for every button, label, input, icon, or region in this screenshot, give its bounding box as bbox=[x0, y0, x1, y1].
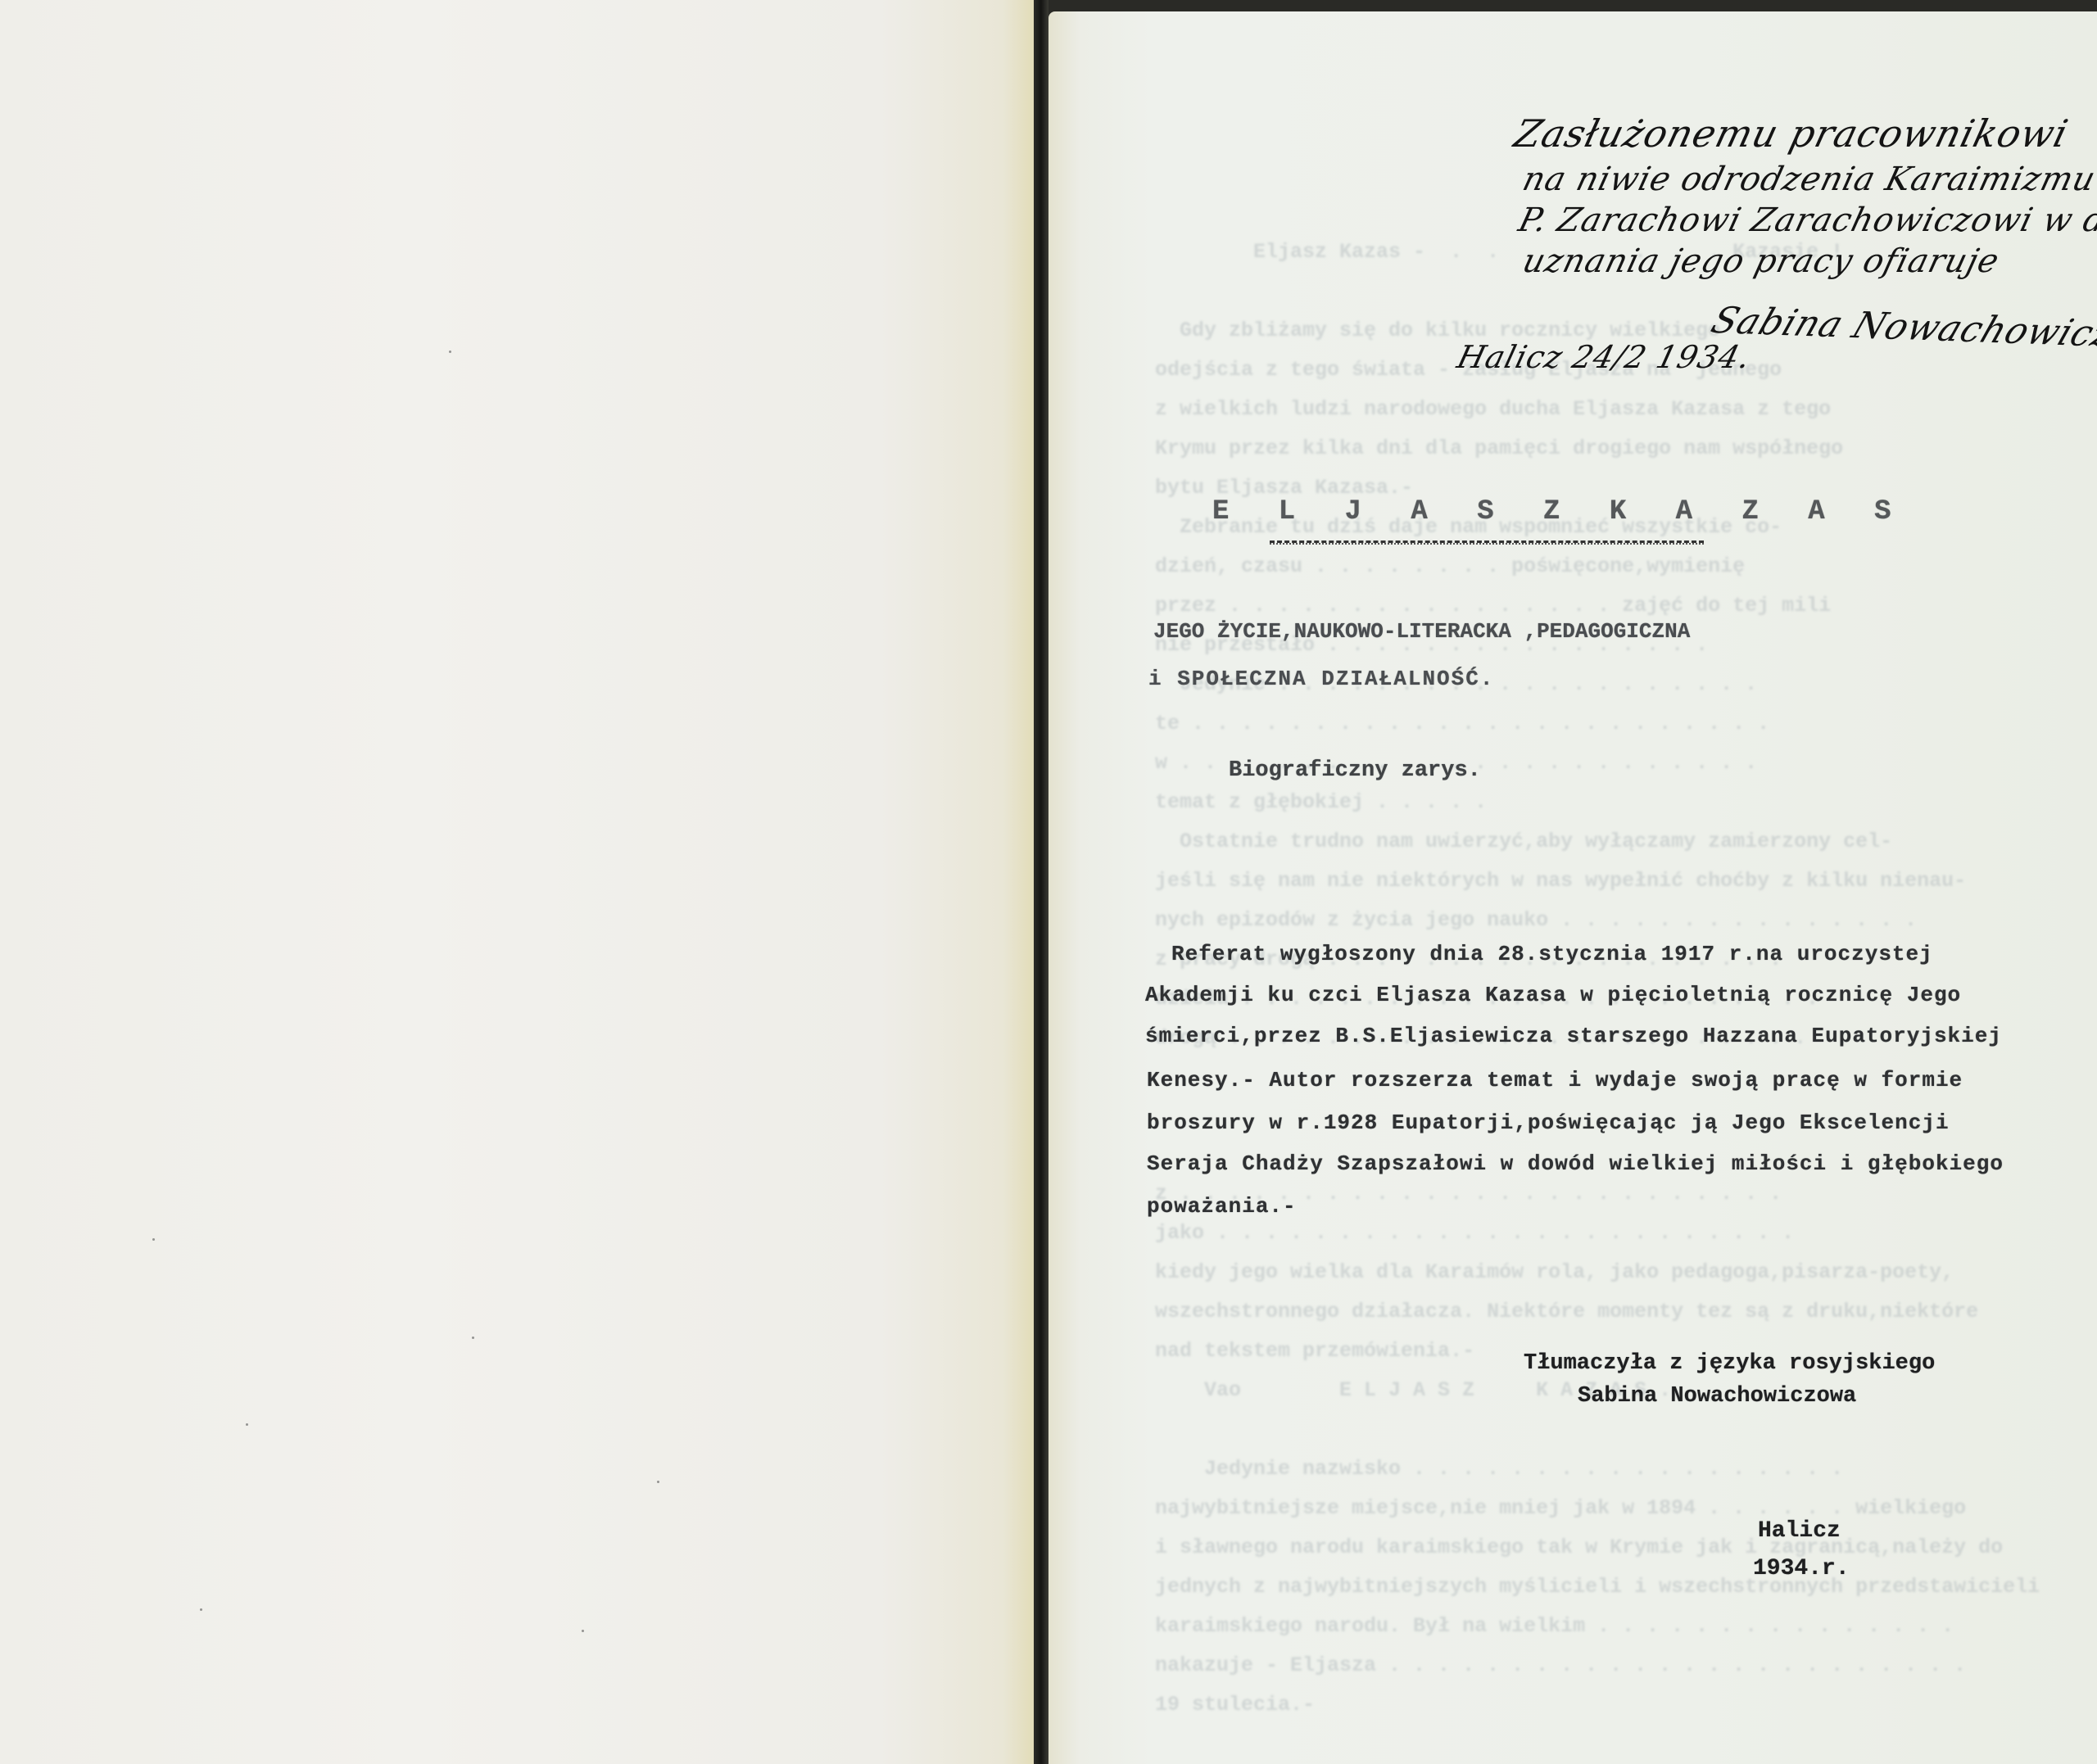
imprint-year: 1934.r. bbox=[1753, 1556, 1850, 1581]
note-line-4: Kenesy.- Autor rozszerza temat i wydaje … bbox=[1147, 1061, 1963, 1099]
paper-speck bbox=[657, 1481, 659, 1483]
title-underline bbox=[1270, 541, 1704, 545]
translator-credit: Tłumaczyła z języka rosyjskiego bbox=[1524, 1351, 1935, 1376]
note-line-3: śmierci,przez B.S.Eljasiewicza starszego… bbox=[1145, 1017, 2002, 1055]
paper-speck bbox=[246, 1423, 248, 1426]
paper-speck bbox=[200, 1608, 202, 1611]
note-line-1: Referat wygłoszony dnia 28.stycznia 1917… bbox=[1171, 935, 1933, 973]
dedication-place-date: Halicz 24/2 1934. bbox=[1454, 339, 1755, 375]
document-genre: Biograficzny zarys. bbox=[1229, 758, 1481, 783]
dedication-line-1: Zasłużonemu pracownikowi bbox=[1510, 111, 2072, 156]
bleed-through-text: z . . . . . . . . . . . . . . . . . . . … bbox=[1130, 1174, 2040, 1764]
subtitle-line-1: JEGO ŻYCIE,NAUKOWO-LITERACKA ,PEDAGOGICZ… bbox=[1153, 619, 1690, 644]
note-line-7: poważania.- bbox=[1147, 1187, 1297, 1225]
subtitle-line-2: i SPOŁECZNA DZIAŁALNOŚĆ. bbox=[1148, 667, 1494, 691]
translator-name: Sabina Nowachowiczowa bbox=[1578, 1384, 1856, 1409]
paper-speck bbox=[582, 1630, 584, 1632]
right-page-title: Eljasz Kazas - . . . . . . . . Kazasie !… bbox=[1048, 11, 2097, 1764]
dedication-line-4: uznania jego pracy ofiaruje bbox=[1519, 242, 2003, 280]
book-spine bbox=[1034, 0, 1048, 1764]
paper-speck bbox=[472, 1337, 474, 1339]
document-spread: Eljasz Kazas - . . . . . . . . Kazasie !… bbox=[0, 0, 2097, 1764]
paper-speck bbox=[152, 1238, 155, 1241]
note-line-5: broszury w r.1928 Eupatorji,poświęcając … bbox=[1147, 1104, 1950, 1142]
left-page-blank bbox=[0, 0, 1034, 1764]
document-title: E L J A S Z K A Z A S bbox=[1212, 496, 1907, 527]
note-line-2: Akademji ku czci Eljasza Kazasa w pięcio… bbox=[1145, 976, 1961, 1014]
note-line-6: Seraja Chadży Szapszałowi w dowód wielki… bbox=[1147, 1145, 2004, 1183]
dedication-line-2: na niwie odrodzenia Karaimizmu bbox=[1519, 161, 2097, 198]
paper-speck bbox=[449, 351, 451, 353]
imprint-place: Halicz bbox=[1758, 1518, 1841, 1544]
dedication-line-3: P. Zarachowi Zarachowiczowi w dowód bbox=[1515, 201, 2097, 239]
